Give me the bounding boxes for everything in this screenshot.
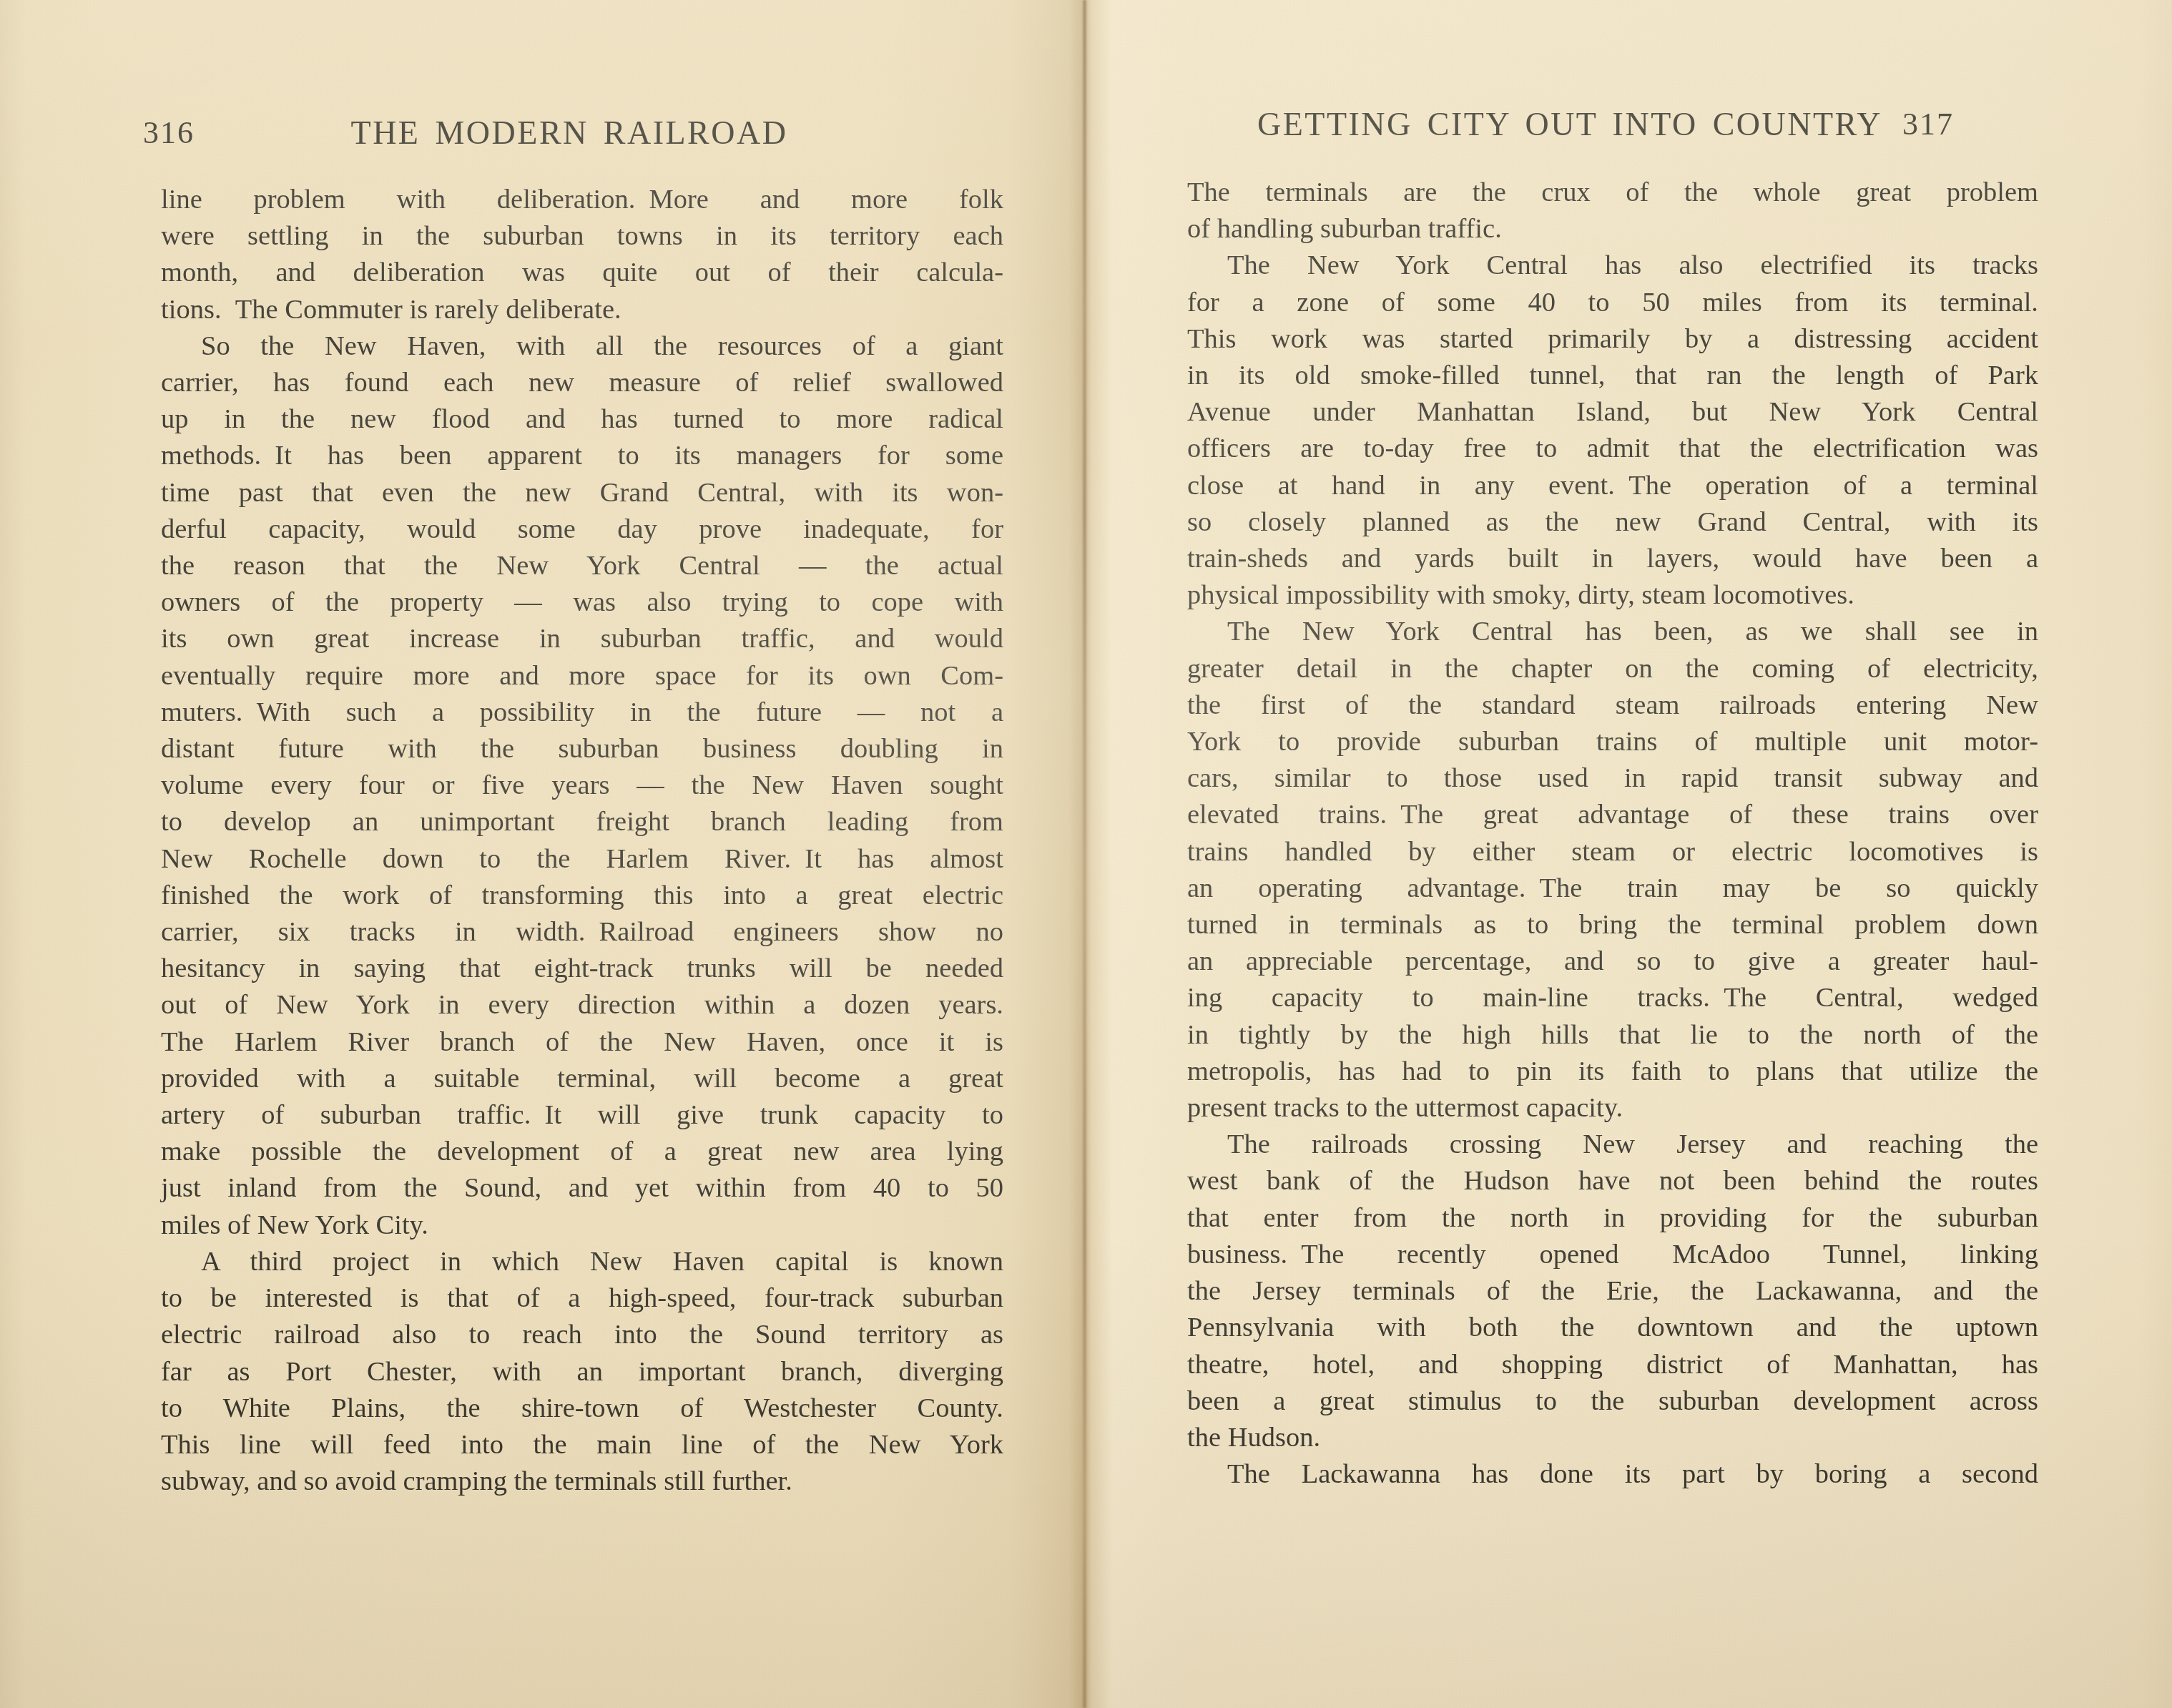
text-line: carrier, has found each new measure of r…: [161, 365, 1003, 401]
text-line: business. The recently opened McAdoo Tun…: [1187, 1237, 2038, 1273]
text-line: volume every four or five years — the Ne…: [161, 767, 1003, 804]
text-line: for a zone of some 40 to 50 miles from i…: [1187, 285, 2038, 321]
text-line: ing capacity to main-line tracks. The Ce…: [1187, 980, 2038, 1016]
text-line: its own great increase in suburban traff…: [161, 621, 1003, 657]
text-line: month, and deliberation was quite out of…: [161, 255, 1003, 291]
text-line: methods. It has been apparent to its man…: [161, 438, 1003, 474]
text-line: of handling suburban traffic.: [1187, 211, 2038, 247]
text-line: So the New Haven, with all the resources…: [161, 328, 1003, 365]
text-line: physical impossibility with smoky, dirty…: [1187, 577, 2038, 614]
text-line: provided with a suitable terminal, will …: [161, 1061, 1003, 1097]
text-line: metropolis, has had to pin its faith to …: [1187, 1054, 2038, 1090]
text-line: eventually require more and more space f…: [161, 658, 1003, 695]
text-line: carrier, six tracks in width. Railroad e…: [161, 914, 1003, 951]
text-line: were settling in the suburban towns in i…: [161, 218, 1003, 255]
text-line: New Rochelle down to the Harlem River. I…: [161, 841, 1003, 878]
text-line: derful capacity, would some day prove in…: [161, 511, 1003, 548]
text-line: in its old smoke-filled tunnel, that ran…: [1187, 358, 2038, 394]
text-line: electric railroad also to reach into the…: [161, 1317, 1003, 1353]
text-line: trains handled by either steam or electr…: [1187, 834, 2038, 870]
text-line: turned in terminals as to bring the term…: [1187, 907, 2038, 943]
text-line: been a great stimulus to the suburban de…: [1187, 1383, 2038, 1420]
left-page: 316 THE MODERN RAILROAD line problem wit…: [161, 114, 1003, 1500]
text-line: just inland from the Sound, and yet with…: [161, 1170, 1003, 1207]
text-line: Avenue under Manhattan Island, but New Y…: [1187, 394, 2038, 431]
text-line: Pennsylvania with both the downtown and …: [1187, 1310, 2038, 1346]
left-page-body: line problem with deliberation. More and…: [161, 182, 1003, 1500]
text-line: muters. With such a possibility in the f…: [161, 695, 1003, 731]
left-page-header: 316 THE MODERN RAILROAD: [161, 114, 1003, 152]
text-line: theatre, hotel, and shopping district of…: [1187, 1347, 2038, 1383]
right-page-header: GETTING CITY OUT INTO COUNTRY 317: [1187, 106, 2038, 143]
text-line: so closely planned as the new Grand Cent…: [1187, 504, 2038, 541]
text-line: close at hand in any event. The operatio…: [1187, 468, 2038, 504]
running-title-right: GETTING CITY OUT INTO COUNTRY: [1144, 106, 1995, 143]
right-page: GETTING CITY OUT INTO COUNTRY 317 The te…: [1187, 106, 2038, 1493]
text-line: in tightly by the high hills that lie to…: [1187, 1017, 2038, 1054]
text-line: the Hudson.: [1187, 1420, 2038, 1456]
text-line: York to provide suburban trains of multi…: [1187, 724, 2038, 760]
text-line: to be interested is that of a high-speed…: [161, 1280, 1003, 1317]
text-line: cars, similar to those used in rapid tra…: [1187, 760, 2038, 797]
book-spread: 316 THE MODERN RAILROAD line problem wit…: [0, 0, 2172, 1708]
text-line: train-sheds and yards built in layers, w…: [1187, 541, 2038, 577]
text-line: owners of the property — was also trying…: [161, 584, 1003, 621]
text-line: to White Plains, the shire-town of Westc…: [161, 1390, 1003, 1427]
text-line: elevated trains. The great advantage of …: [1187, 797, 2038, 833]
text-line: the reason that the New York Central — t…: [161, 548, 1003, 584]
text-line: distant future with the suburban busines…: [161, 731, 1003, 767]
text-line: A third project in which New Haven capit…: [161, 1244, 1003, 1280]
text-line: finished the work of transforming this i…: [161, 878, 1003, 914]
text-line: tions. The Commuter is rarely deliberate…: [161, 292, 1003, 328]
gutter-crease: [1083, 0, 1086, 1708]
text-line: hesitancy in saying that eight-track tru…: [161, 951, 1003, 987]
text-line: that enter from the north in providing f…: [1187, 1200, 2038, 1237]
text-line: artery of suburban traffic. It will give…: [161, 1097, 1003, 1134]
text-line: The Lackawanna has done its part by bori…: [1187, 1456, 2038, 1493]
text-line: line problem with deliberation. More and…: [161, 182, 1003, 218]
text-line: the Jersey terminals of the Erie, the La…: [1187, 1273, 2038, 1310]
text-line: to develop an unimportant freight branch…: [161, 804, 1003, 840]
text-line: subway, and so avoid cramping the termin…: [161, 1463, 1003, 1500]
text-line: miles of New York City.: [161, 1207, 1003, 1244]
right-page-body: The terminals are the crux of the whole …: [1187, 175, 2038, 1493]
text-line: the first of the standard steam railroad…: [1187, 687, 2038, 724]
text-line: The New York Central has also electrifie…: [1187, 247, 2038, 284]
text-line: This line will feed into the main line o…: [161, 1427, 1003, 1463]
text-line: out of New York in every direction withi…: [161, 987, 1003, 1024]
running-title-left: THE MODERN RAILROAD: [148, 114, 991, 152]
text-line: west bank of the Hudson have not been be…: [1187, 1163, 2038, 1199]
text-line: up in the new flood and has turned to mo…: [161, 401, 1003, 438]
text-line: The terminals are the crux of the whole …: [1187, 175, 2038, 211]
page-number-right: 317: [1902, 106, 1954, 143]
text-line: The railroads crossing New Jersey and re…: [1187, 1127, 2038, 1163]
text-line: present tracks to the uttermost capacity…: [1187, 1090, 2038, 1127]
text-line: greater detail in the chapter on the com…: [1187, 651, 2038, 687]
text-line: an operating advantage. The train may be…: [1187, 870, 2038, 907]
text-line: The New York Central has been, as we sha…: [1187, 614, 2038, 650]
text-line: time past that even the new Grand Centra…: [161, 475, 1003, 511]
text-line: make possible the development of a great…: [161, 1134, 1003, 1170]
text-line: an appreciable percentage, and so to giv…: [1187, 943, 2038, 980]
text-line: far as Port Chester, with an important b…: [161, 1354, 1003, 1390]
text-line: This work was started primarily by a dis…: [1187, 321, 2038, 358]
text-line: officers are to-day free to admit that t…: [1187, 431, 2038, 467]
text-line: The Harlem River branch of the New Haven…: [161, 1024, 1003, 1061]
